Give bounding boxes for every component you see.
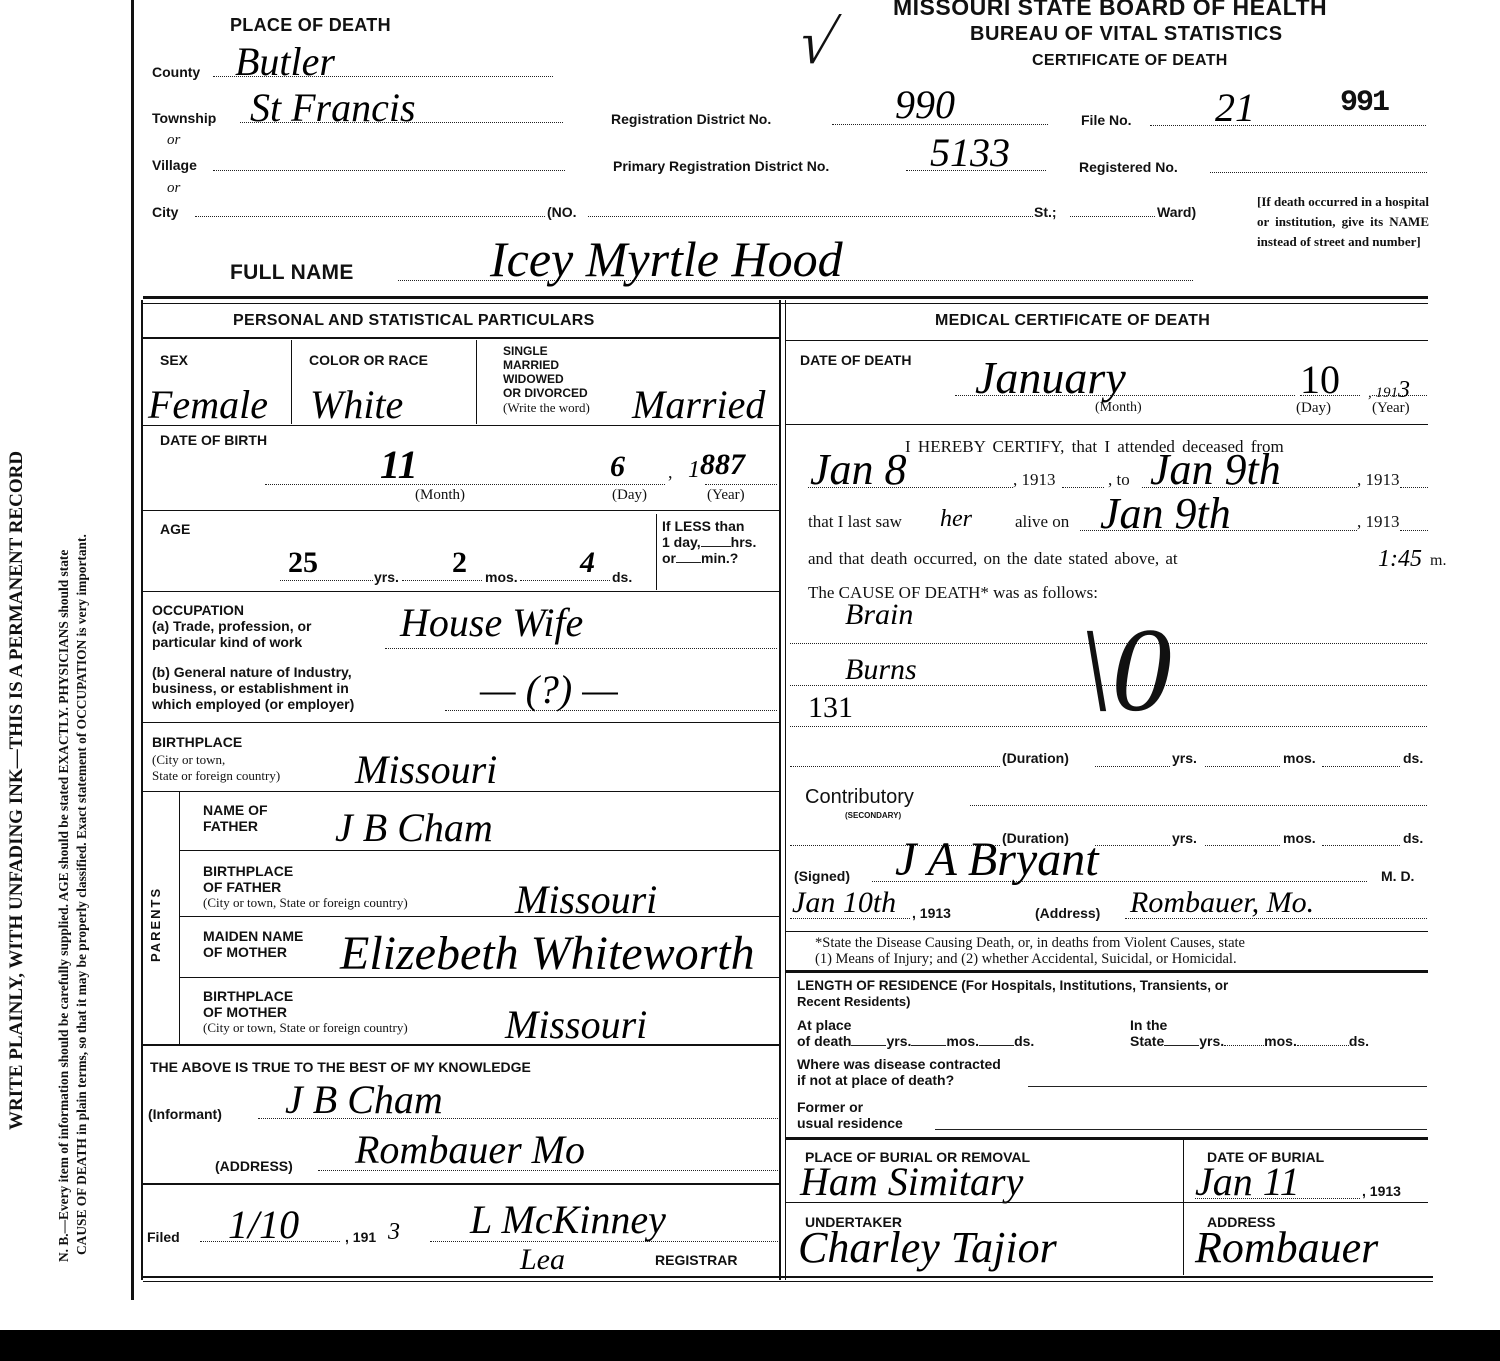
street-number-label: (NO. bbox=[547, 204, 577, 220]
to-label: , to bbox=[1108, 470, 1130, 490]
dod-month-value[interactable]: January bbox=[975, 355, 1126, 401]
burial-place-value[interactable]: Ham Simitary bbox=[800, 1162, 1023, 1202]
occupation-a-label: (a) Trade, profession, or particular kin… bbox=[152, 618, 311, 650]
secondary-label: (SECONDARY) bbox=[845, 811, 901, 820]
check-mark: √ bbox=[790, 8, 843, 79]
father-birthplace-value[interactable]: Missouri bbox=[515, 880, 657, 920]
in-state-label: In the Stateyrs.mos.ds. bbox=[1130, 1017, 1369, 1049]
medical-heading: MEDICAL CERTIFICATE OF DEATH bbox=[935, 312, 1210, 330]
signed-label: (Signed) bbox=[794, 868, 850, 884]
dod-month-caption: (Month) bbox=[1095, 400, 1142, 416]
birthplace-label: BIRTHPLACE bbox=[152, 734, 242, 750]
or-label-2: or bbox=[167, 180, 180, 197]
dod-year: , 1913 bbox=[1368, 378, 1410, 402]
last-saw-label: that I last saw bbox=[808, 512, 902, 532]
informant-label: (Informant) bbox=[148, 1106, 222, 1122]
residence-heading: LENGTH OF RESIDENCE (For Hospitals, Inst… bbox=[797, 978, 1228, 994]
occupation-heading: OCCUPATION bbox=[152, 602, 244, 618]
center-divider bbox=[779, 300, 781, 1280]
certificate-title: CERTIFICATE OF DEATH bbox=[1032, 52, 1228, 70]
county-value[interactable]: Butler bbox=[235, 42, 335, 82]
form-left-border bbox=[131, 0, 134, 1300]
father-name-label: NAME OF FATHER bbox=[203, 802, 268, 834]
sex-value[interactable]: Female bbox=[148, 385, 268, 425]
full-name-value[interactable]: Icey Myrtle Hood bbox=[490, 234, 843, 284]
filed-year-prefix: , 191 bbox=[345, 1229, 376, 1245]
occupation-b-value[interactable]: — (?) — bbox=[480, 670, 618, 710]
sex-label: SEX bbox=[160, 352, 188, 368]
father-birthplace-label: BIRTHPLACE OF FATHER bbox=[203, 863, 293, 895]
primary-district-label: Primary Registration District No. bbox=[613, 158, 829, 174]
instructions-note-line2: CAUSE OF DEATH in plain terms, so that i… bbox=[74, 534, 90, 1255]
secondary-duration-yrs: yrs. bbox=[1172, 830, 1197, 846]
city-label: City bbox=[152, 204, 178, 220]
age-label: AGE bbox=[160, 521, 190, 537]
father-birthplace-sublabel: (City or town, State or foreign country) bbox=[203, 895, 408, 911]
dod-label: DATE OF DEATH bbox=[800, 352, 911, 368]
secondary-duration-mos: mos. bbox=[1283, 830, 1316, 846]
physician-address-value[interactable]: Rombauer, Mo. bbox=[1130, 888, 1314, 918]
dob-month-caption: (Month) bbox=[415, 487, 465, 504]
registration-district-label: Registration District No. bbox=[611, 111, 771, 127]
personal-heading: PERSONAL AND STATISTICAL PARTICULARS bbox=[233, 312, 595, 330]
birthplace-value[interactable]: Missouri bbox=[355, 750, 497, 790]
mother-birthplace-sublabel: (City or town, State or foreign country) bbox=[203, 1020, 408, 1036]
undertaker-address-value[interactable]: Rombauer bbox=[1195, 1226, 1378, 1270]
at-place-label: At place of deathyrs.mos.ds. bbox=[797, 1017, 1034, 1049]
primary-district-value[interactable]: 5133 bbox=[930, 133, 1010, 173]
registrar-sub: Lea bbox=[520, 1245, 565, 1275]
filed-label: Filed bbox=[147, 1229, 180, 1245]
informant-address-label: (ADDRESS) bbox=[215, 1158, 293, 1174]
cause-annotation: \0 bbox=[1069, 610, 1184, 730]
age-yrs-unit: yrs. bbox=[374, 569, 399, 585]
age-mos-unit: mos. bbox=[485, 569, 518, 585]
mother-birthplace-label: BIRTHPLACE OF MOTHER bbox=[203, 988, 293, 1020]
contracted-label: Where was disease contracted if not at p… bbox=[797, 1056, 1001, 1088]
burial-date-value[interactable]: Jan 11 bbox=[1195, 1162, 1300, 1202]
county-label: County bbox=[152, 64, 200, 80]
or-label-1: or bbox=[167, 132, 180, 149]
md-label: M. D. bbox=[1381, 868, 1414, 884]
signed-date-value[interactable]: Jan 10th bbox=[792, 888, 896, 918]
physician-address-label: (Address) bbox=[1035, 905, 1100, 921]
alive-on-label: alive on bbox=[1015, 512, 1069, 532]
dod-day-caption: (Day) bbox=[1296, 400, 1331, 417]
last-saw-date-value[interactable]: Jan 9th bbox=[1100, 492, 1231, 536]
cause-code-value[interactable]: 131 bbox=[808, 693, 853, 723]
registered-number-label: Registered No. bbox=[1079, 159, 1178, 175]
occupation-a-value[interactable]: House Wife bbox=[400, 603, 583, 643]
birthplace-sublabel: (City or town, State or foreign country) bbox=[152, 752, 280, 784]
place-of-death-heading: PLACE OF DEATH bbox=[230, 15, 391, 36]
secondary-duration-ds: ds. bbox=[1403, 830, 1423, 846]
township-label: Township bbox=[152, 110, 216, 126]
file-number-stamp: 991 bbox=[1340, 86, 1388, 120]
dob-day-value[interactable]: 6 bbox=[610, 452, 625, 482]
attended-to-value[interactable]: Jan 9th bbox=[1150, 448, 1281, 492]
hospital-note: [If death occurred in a hospital or inst… bbox=[1257, 192, 1429, 252]
cause-line2-value[interactable]: Burns bbox=[845, 655, 917, 685]
file-number-label: File No. bbox=[1081, 112, 1132, 128]
parents-side-label: PARENTS bbox=[148, 887, 164, 962]
primary-duration-mos: mos. bbox=[1283, 750, 1316, 766]
mother-birthplace-value[interactable]: Missouri bbox=[505, 1005, 647, 1045]
mother-name-label: MAIDEN NAME OF MOTHER bbox=[203, 928, 303, 960]
file-number-value[interactable]: 21 bbox=[1215, 88, 1255, 128]
informant-statement: THE ABOVE IS TRUE TO THE BEST OF MY KNOW… bbox=[150, 1059, 531, 1075]
filed-date-value[interactable]: 1/10 bbox=[228, 1205, 299, 1245]
registrar-label: REGISTRAR bbox=[655, 1252, 737, 1268]
dob-label: DATE OF BIRTH bbox=[160, 432, 267, 448]
informant-address-value[interactable]: Rombauer Mo bbox=[355, 1130, 585, 1170]
physician-signature[interactable]: J A Bryant bbox=[895, 836, 1099, 884]
village-label: Village bbox=[152, 157, 197, 173]
dob-year-prefix: 1 bbox=[688, 458, 700, 482]
dob-day-caption: (Day) bbox=[612, 487, 647, 504]
dob-month-value[interactable]: 11 bbox=[380, 445, 418, 485]
informant-value[interactable]: J B Cham bbox=[285, 1080, 443, 1120]
cause-line1-value[interactable]: Brain bbox=[845, 600, 913, 630]
attended-from-value[interactable]: Jan 8 bbox=[810, 448, 907, 492]
permanent-record-notice: WRITE PLAINLY, WITH UNFADING INK—THIS IS… bbox=[6, 451, 28, 1130]
marital-status-value[interactable]: Married bbox=[632, 385, 765, 425]
filed-year-value[interactable]: 3 bbox=[388, 1220, 400, 1244]
dob-year-caption: (Year) bbox=[707, 487, 745, 504]
primary-duration-yrs: yrs. bbox=[1172, 750, 1197, 766]
instructions-note-line1: N. B.—Every item of information should b… bbox=[56, 550, 72, 1262]
full-name-label: FULL NAME bbox=[230, 261, 354, 285]
bureau-title: BUREAU OF VITAL STATISTICS bbox=[970, 23, 1283, 46]
last-saw-pronoun[interactable]: her bbox=[940, 507, 972, 531]
dod-day-value[interactable]: 10 bbox=[1300, 360, 1340, 400]
occupation-b-label: (b) General nature of Industry, business… bbox=[152, 664, 354, 712]
primary-duration-label: (Duration) bbox=[1002, 750, 1069, 766]
street-label: St.; bbox=[1034, 204, 1057, 220]
father-name-value[interactable]: J B Cham bbox=[335, 808, 493, 848]
contributory-label: Contributory bbox=[805, 786, 914, 809]
time-of-death-value[interactable]: 1:45 bbox=[1378, 547, 1422, 571]
age-months-value[interactable]: 2 bbox=[452, 548, 467, 578]
age-days-value[interactable]: 4 bbox=[580, 548, 595, 578]
dod-year-caption: (Year) bbox=[1372, 400, 1410, 417]
undertaker-value[interactable]: Charley Tajior bbox=[798, 1226, 1057, 1270]
age-ds-unit: ds. bbox=[612, 569, 632, 585]
death-occurred-text: and that death occurred, on the date sta… bbox=[808, 549, 1178, 569]
mother-name-value[interactable]: Elizebeth Whiteworth bbox=[340, 930, 755, 978]
less-than-day-box: If LESS than 1 day,hrs. ormin.? bbox=[662, 518, 756, 566]
registration-district-value[interactable]: 990 bbox=[895, 85, 955, 125]
age-years-value[interactable]: 25 bbox=[288, 548, 318, 578]
bottom-black-band bbox=[0, 1330, 1500, 1361]
residence-heading-2: Recent Residents) bbox=[797, 994, 910, 1010]
dob-year-value[interactable]: 887 bbox=[700, 450, 745, 480]
cause-footnote: *State the Disease Causing Death, or, in… bbox=[815, 935, 1245, 967]
registrar-signature[interactable]: L McKinney bbox=[470, 1200, 666, 1240]
former-residence-label: Former or usual residence bbox=[797, 1099, 903, 1131]
primary-duration-ds: ds. bbox=[1403, 750, 1423, 766]
race-value[interactable]: White bbox=[310, 385, 403, 425]
race-label: COLOR OR RACE bbox=[309, 352, 428, 368]
board-title: MISSOURI STATE BOARD OF HEALTH bbox=[893, 0, 1327, 21]
ward-label: Ward) bbox=[1157, 204, 1196, 220]
marital-options: SINGLE MARRIED WIDOWED OR DIVORCED (Writ… bbox=[503, 344, 590, 416]
township-value[interactable]: St Francis bbox=[250, 88, 416, 128]
